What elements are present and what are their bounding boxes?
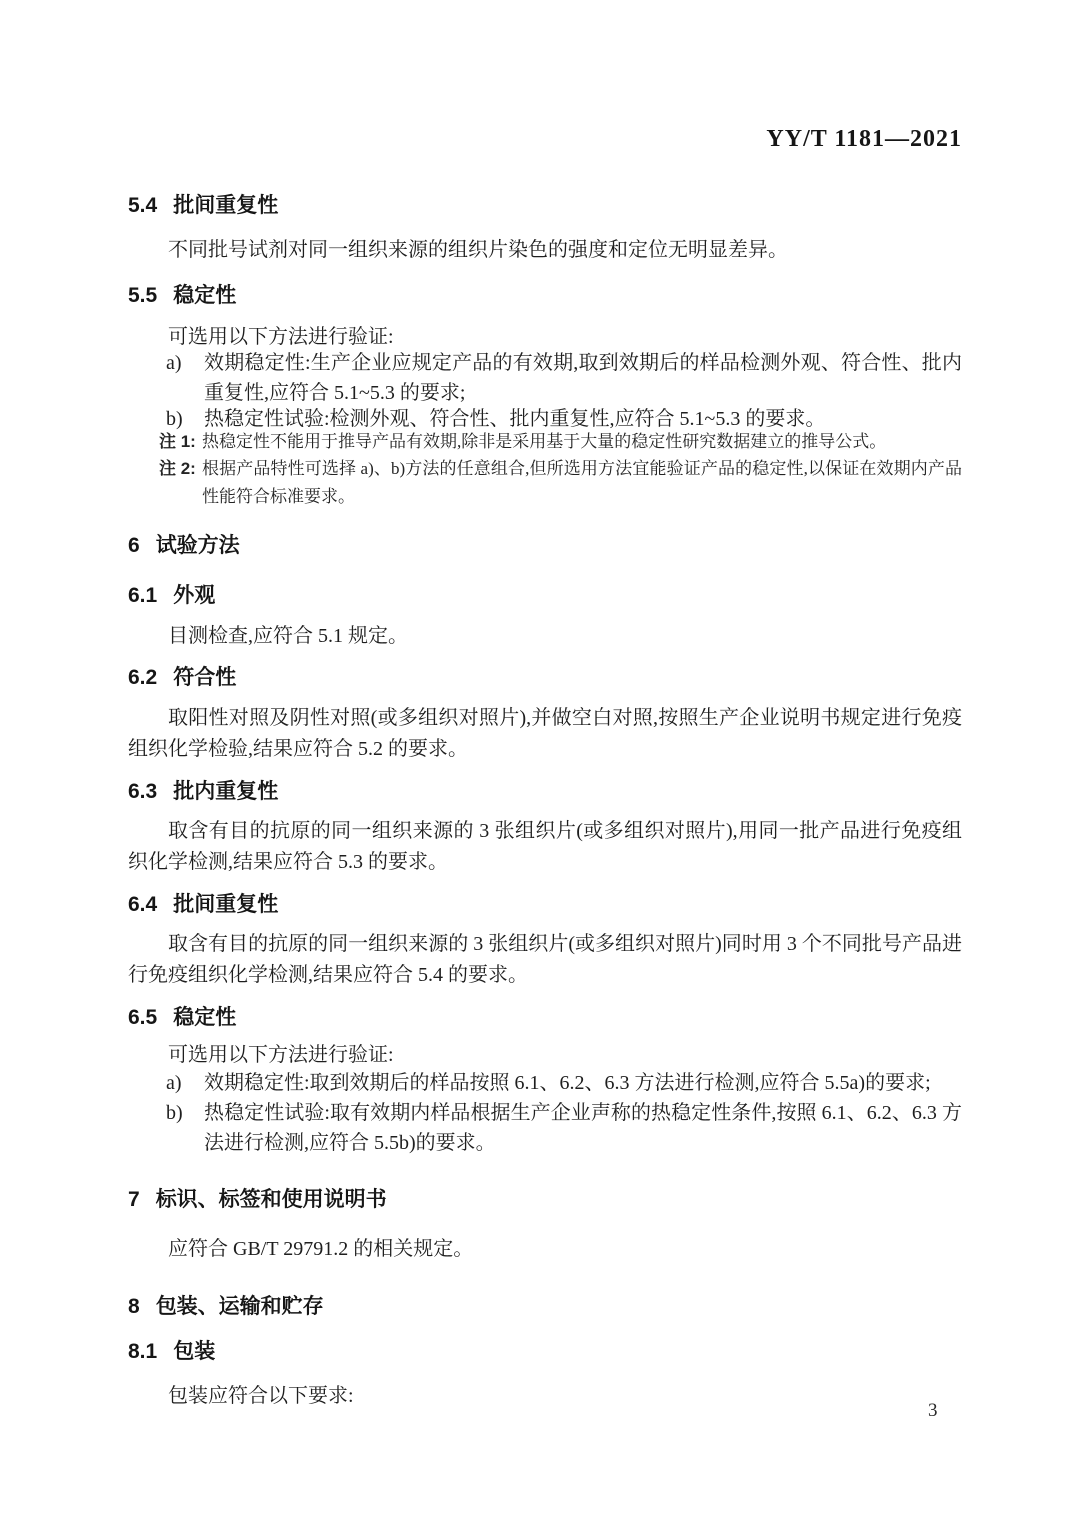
list-item-label: a) [166,348,182,378]
running-header-doc-number: YY/T 1181—2021 [766,126,962,153]
note-2: 注 2: 根据产品特性可选择 a)、b)方法的任意组合,但所选用方法宜能验证产品… [128,455,962,511]
heading-title: 标识、标签和使用说明书 [156,1186,387,1214]
heading-title: 符合性 [173,664,236,692]
note-label: 注 1: [159,428,196,456]
list-item-6-5-a: a) 效期稳定性:取到效期后的样品按照 6.1、6.2、6.3 方法进行检测,应… [128,1068,962,1098]
heading-5-5: 5.5 稳定性 [128,282,962,310]
list-item-text: 热稳定性试验:取有效期内样品根据生产企业声称的热稳定性条件,按照 6.1、6.2… [204,1102,962,1154]
list-item-label: b) [166,1098,183,1128]
heading-title: 包装 [173,1338,215,1366]
paragraph-6-1: 目测检查,应符合 5.1 规定。 [128,621,962,652]
paragraph-6-3: 取含有目的抗原的同一组织来源的 3 张组织片(或多组织对照片),用同一批产品进行… [128,816,962,878]
heading-title: 批间重复性 [173,192,278,220]
paragraph-6-5-intro: 可选用以下方法进行验证: [128,1040,962,1071]
heading-6-2: 6.2 符合性 [128,664,962,692]
heading-number: 6.2 [128,664,157,692]
paragraph-5-4: 不同批号试剂对同一组织来源的组织片染色的强度和定位无明显差异。 [128,235,962,266]
note-text: 热稳定性不能用于推导产品有效期,除非是采用基于大量的稳定性研究数据建立的推导公式… [202,432,886,451]
paragraph-6-2: 取阳性对照及阴性对照(或多组织对照片),并做空白对照,按照生产企业说明书规定进行… [128,703,962,765]
page-number: 3 [928,1400,938,1422]
paragraph-6-4: 取含有目的抗原的同一组织来源的 3 张组织片(或多组织对照片)同时用 3 个不同… [128,929,962,991]
heading-8-1: 8.1 包装 [128,1338,962,1366]
paragraph-8-1: 包装应符合以下要求: [128,1381,962,1412]
heading-number: 6 [128,532,140,560]
note-label: 注 2: [159,455,196,483]
heading-number: 8 [128,1293,140,1321]
heading-7: 7 标识、标签和使用说明书 [128,1186,962,1214]
heading-6-4: 6.4 批间重复性 [128,891,962,919]
heading-number: 6.1 [128,582,157,610]
heading-title: 批内重复性 [173,778,278,806]
heading-6-1: 6.1 外观 [128,582,962,610]
heading-title: 试验方法 [156,532,240,560]
heading-number: 5.4 [128,192,157,220]
list-item-5-5-a: a) 效期稳定性:生产企业应规定产品的有效期,取到效期后的样品检测外观、符合性、… [128,348,962,408]
heading-5-4: 5.4 批间重复性 [128,192,962,220]
heading-number: 8.1 [128,1338,157,1366]
list-item-text: 效期稳定性:取到效期后的样品按照 6.1、6.2、6.3 方法进行检测,应符合 … [204,1072,931,1094]
list-item-text: 效期稳定性:生产企业应规定产品的有效期,取到效期后的样品检测外观、符合性、批内重… [204,352,962,404]
heading-number: 6.4 [128,891,157,919]
note-text: 根据产品特性可选择 a)、b)方法的任意组合,但所选用方法宜能验证产品的稳定性,… [202,459,962,506]
heading-number: 7 [128,1186,140,1214]
heading-number: 6.3 [128,778,157,806]
note-1: 注 1: 热稳定性不能用于推导产品有效期,除非是采用基于大量的稳定性研究数据建立… [128,428,962,456]
list-item-6-5-b: b) 热稳定性试验:取有效期内样品根据生产企业声称的热稳定性条件,按照 6.1、… [128,1098,962,1158]
heading-title: 稳定性 [173,282,236,310]
heading-title: 稳定性 [173,1004,236,1032]
paragraph-7: 应符合 GB/T 29791.2 的相关规定。 [128,1234,962,1265]
heading-number: 5.5 [128,282,157,310]
heading-6-5: 6.5 稳定性 [128,1004,962,1032]
list-item-text: 热稳定性试验:检测外观、符合性、批内重复性,应符合 5.1~5.3 的要求。 [204,408,825,430]
heading-8: 8 包装、运输和贮存 [128,1293,962,1321]
heading-6-3: 6.3 批内重复性 [128,778,962,806]
heading-title: 包装、运输和贮存 [156,1293,324,1321]
standard-document-page: YY/T 1181—2021 5.4 批间重复性 不同批号试剂对同一组织来源的组… [0,0,1080,1526]
list-item-label: a) [166,1068,182,1098]
heading-6: 6 试验方法 [128,532,962,560]
heading-number: 6.5 [128,1004,157,1032]
heading-title: 外观 [173,582,215,610]
heading-title: 批间重复性 [173,891,278,919]
